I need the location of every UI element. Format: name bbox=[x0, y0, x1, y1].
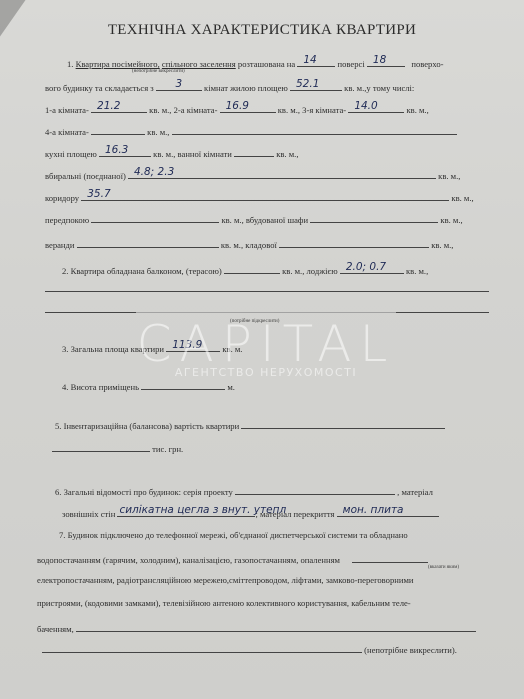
section1-line1: 1. Квартира посімейного, спільного засел… bbox=[67, 56, 444, 69]
strike-note: (непотрібне викреслити) bbox=[132, 69, 185, 74]
section5-line2: тис. грн. bbox=[52, 441, 183, 454]
total-floors-field: 18 bbox=[367, 56, 405, 67]
label-project-series: 6. Загальні відомості про будинок: серія… bbox=[55, 487, 233, 497]
label-total-area: 3. Загальна площа квартири bbox=[62, 344, 164, 354]
label-located-on: розташована на bbox=[238, 59, 295, 69]
label-floor: поверсі bbox=[338, 59, 365, 69]
walls-material-field: силікатна цегла з внут. утепл bbox=[117, 506, 255, 517]
room2-field: 16.9 bbox=[220, 102, 276, 113]
label-ceiling-height: 4. Висота приміщень bbox=[62, 382, 139, 392]
bathroom-field bbox=[234, 146, 274, 157]
section4-line: 4. Висота приміщень м. bbox=[62, 379, 235, 392]
section-number: 1. bbox=[67, 59, 73, 69]
room4-extra-field bbox=[172, 124, 457, 135]
wc-field: 4.8; 2.3 bbox=[128, 168, 436, 179]
section1-line2: вого будинку та складається з 3 кімнат ж… bbox=[45, 80, 414, 93]
unit-sqm: кв. м., bbox=[431, 240, 453, 250]
living-area-value: 52.1 bbox=[296, 78, 319, 90]
unit-sqm: кв. м., bbox=[406, 105, 428, 115]
total-area-field: 113.9 bbox=[166, 341, 220, 352]
label-balcony: 2. Квартира обладнана балконом, (терасою… bbox=[62, 266, 222, 276]
rooms-field: 3 bbox=[156, 80, 202, 91]
project-series-field bbox=[235, 484, 395, 495]
section6-line2: зовнішніх стін силікатна цегла з внут. у… bbox=[62, 506, 439, 519]
ceiling-height-field bbox=[141, 379, 225, 390]
tv-extra-field bbox=[76, 621, 476, 632]
unit-sqm: кв. м. bbox=[222, 344, 242, 354]
unit-sqm: кв. м., bbox=[147, 127, 169, 137]
label-bathroom: кв. м., ванної кімнати bbox=[153, 149, 232, 159]
section2-blank-line-1 bbox=[45, 291, 489, 292]
section7-line6: (непотрібне викреслити). bbox=[42, 642, 457, 655]
label-room1: 1-а кімната- bbox=[45, 105, 89, 115]
floor-field: 14 bbox=[297, 56, 335, 67]
underline-note: (потрібне підкреслити) bbox=[230, 319, 279, 324]
label-wc: вбиральні (поєднаної) bbox=[45, 171, 126, 181]
section7-line1: 7. Будинок підключено до телефонної мере… bbox=[59, 530, 408, 540]
section1-hall-line: передпокою кв. м., вбудованої шафи кв. м… bbox=[45, 212, 463, 225]
label-kitchen: кухні площею bbox=[45, 149, 97, 159]
label-closet: кв. м., вбудованої шафи bbox=[221, 215, 308, 225]
label-loggia: кв. м., лоджією bbox=[282, 266, 338, 276]
label-veranda: веранди bbox=[45, 240, 75, 250]
unit-sqm: кв. м., bbox=[276, 149, 298, 159]
unit-sqm: кв. м., bbox=[406, 266, 428, 276]
inventory-value-field bbox=[241, 418, 445, 429]
floor-value: 14 bbox=[303, 54, 316, 66]
label-consists-of: вого будинку та складається з bbox=[45, 83, 154, 93]
room1-value: 21.2 bbox=[97, 100, 120, 112]
label-storage: кв. м., кладової bbox=[221, 240, 277, 250]
section1-wc-line: вбиральні (поєднаної) 4.8; 2.3 кв. м., bbox=[45, 168, 460, 181]
wc-value: 4.8; 2.3 bbox=[134, 166, 174, 178]
which-note: (вказати яким) bbox=[428, 565, 459, 570]
walls-material-value: силікатна цегла з внут. утепл bbox=[119, 504, 286, 516]
unit-m: м. bbox=[227, 382, 235, 392]
unit-thousand-uah: тис. грн. bbox=[152, 444, 183, 454]
total-floors-value: 18 bbox=[373, 54, 386, 66]
section7-line4: пристроями, (кодовими замками), телевізі… bbox=[37, 598, 411, 608]
corridor-field: 35.7 bbox=[81, 190, 449, 201]
strike-note-final: (непотрібне викреслити). bbox=[364, 645, 457, 655]
option-family: Квартира посімейного, bbox=[76, 59, 160, 69]
section2-blank-line-2 bbox=[45, 312, 489, 313]
corridor-value: 35.7 bbox=[87, 188, 110, 200]
label-corridor: коридору bbox=[45, 193, 79, 203]
storage-field bbox=[279, 237, 429, 248]
floor-slabs-field: мон. плита bbox=[337, 506, 439, 517]
living-area-field: 52.1 bbox=[290, 80, 342, 91]
inventory-value-field-2 bbox=[52, 441, 150, 452]
section1-rooms-line: 1-а кімната- 21.2 кв. м., 2-а кімната- 1… bbox=[45, 102, 429, 115]
tv-text: баченням, bbox=[37, 624, 74, 634]
label-inventory-value: 5. Інвентаризаційна (балансова) вартість… bbox=[55, 421, 239, 431]
section1-corridor-line: коридору 35.7 кв. м., bbox=[45, 190, 474, 203]
loggia-field: 2.0; 0.7 bbox=[340, 263, 404, 274]
label-room4: 4-а кімната- bbox=[45, 127, 89, 137]
section7-line3: електропостачанням, радіотрансляційною м… bbox=[37, 575, 414, 585]
label-material: , матеріал bbox=[397, 487, 433, 497]
label-living-area: кімнат жилою площею bbox=[204, 83, 288, 93]
veranda-field bbox=[77, 237, 219, 248]
section5-line: 5. Інвентаризаційна (балансова) вартість… bbox=[55, 418, 445, 431]
room3-value: 14.0 bbox=[354, 100, 377, 112]
hallway-field bbox=[91, 212, 219, 223]
option-shared: спільного заселення bbox=[162, 59, 236, 69]
extra-blank-field bbox=[42, 642, 362, 653]
room3-field: 14.0 bbox=[348, 102, 404, 113]
section7-line2: водопостачанням (гарячим, холодним), кан… bbox=[37, 552, 428, 565]
heating-type-field bbox=[352, 552, 428, 563]
total-area-value: 113.9 bbox=[172, 339, 202, 351]
kitchen-value: 16.3 bbox=[105, 144, 128, 156]
section7-line5: баченням, bbox=[37, 621, 476, 634]
section1-veranda-line: веранди кв. м., кладової кв. м., bbox=[45, 237, 453, 250]
balcony-field bbox=[224, 263, 280, 274]
unit-sqm: кв. м., bbox=[451, 193, 473, 203]
section2-line: 2. Квартира обладнана балконом, (терасою… bbox=[62, 263, 428, 276]
unit-sqm: кв. м., bbox=[438, 171, 460, 181]
room4-field bbox=[91, 124, 145, 135]
loggia-value: 2.0; 0.7 bbox=[346, 261, 386, 273]
label-room2: кв. м., 2-а кімната- bbox=[149, 105, 217, 115]
unit-sqm: кв. м., bbox=[440, 215, 462, 225]
section6-line1: 6. Загальні відомості про будинок: серія… bbox=[55, 484, 433, 497]
closet-field bbox=[310, 212, 438, 223]
section1-room4-line: 4-а кімната- кв. м., bbox=[45, 124, 457, 137]
label-storey: поверхо- bbox=[411, 59, 443, 69]
label-exterior-walls: зовнішніх стін bbox=[62, 509, 115, 519]
label-room3: кв. м., 3-я кімната- bbox=[278, 105, 346, 115]
section1-kitchen-line: кухні площею 16.3 кв. м., ванної кімнати… bbox=[45, 146, 298, 159]
room1-field: 21.2 bbox=[91, 102, 147, 113]
kitchen-field: 16.3 bbox=[99, 146, 151, 157]
utilities-text: водопостачанням (гарячим, холодним), кан… bbox=[37, 555, 340, 565]
rooms-value: 3 bbox=[156, 78, 202, 90]
section3-line: 3. Загальна площа квартири 113.9 кв. м. bbox=[62, 341, 242, 354]
watermark-tagline: АГЕНТСТВО НЕРУХОМОСТІ bbox=[136, 366, 396, 379]
label-including: кв. м.,у тому числі: bbox=[344, 83, 414, 93]
label-hallway: передпокою bbox=[45, 215, 89, 225]
floor-slabs-value: мон. плита bbox=[343, 504, 404, 516]
document-title: ТЕХНІЧНА ХАРАКТЕРИСТИКА КВАРТИРИ bbox=[0, 22, 524, 39]
room2-value: 16.9 bbox=[226, 100, 249, 112]
